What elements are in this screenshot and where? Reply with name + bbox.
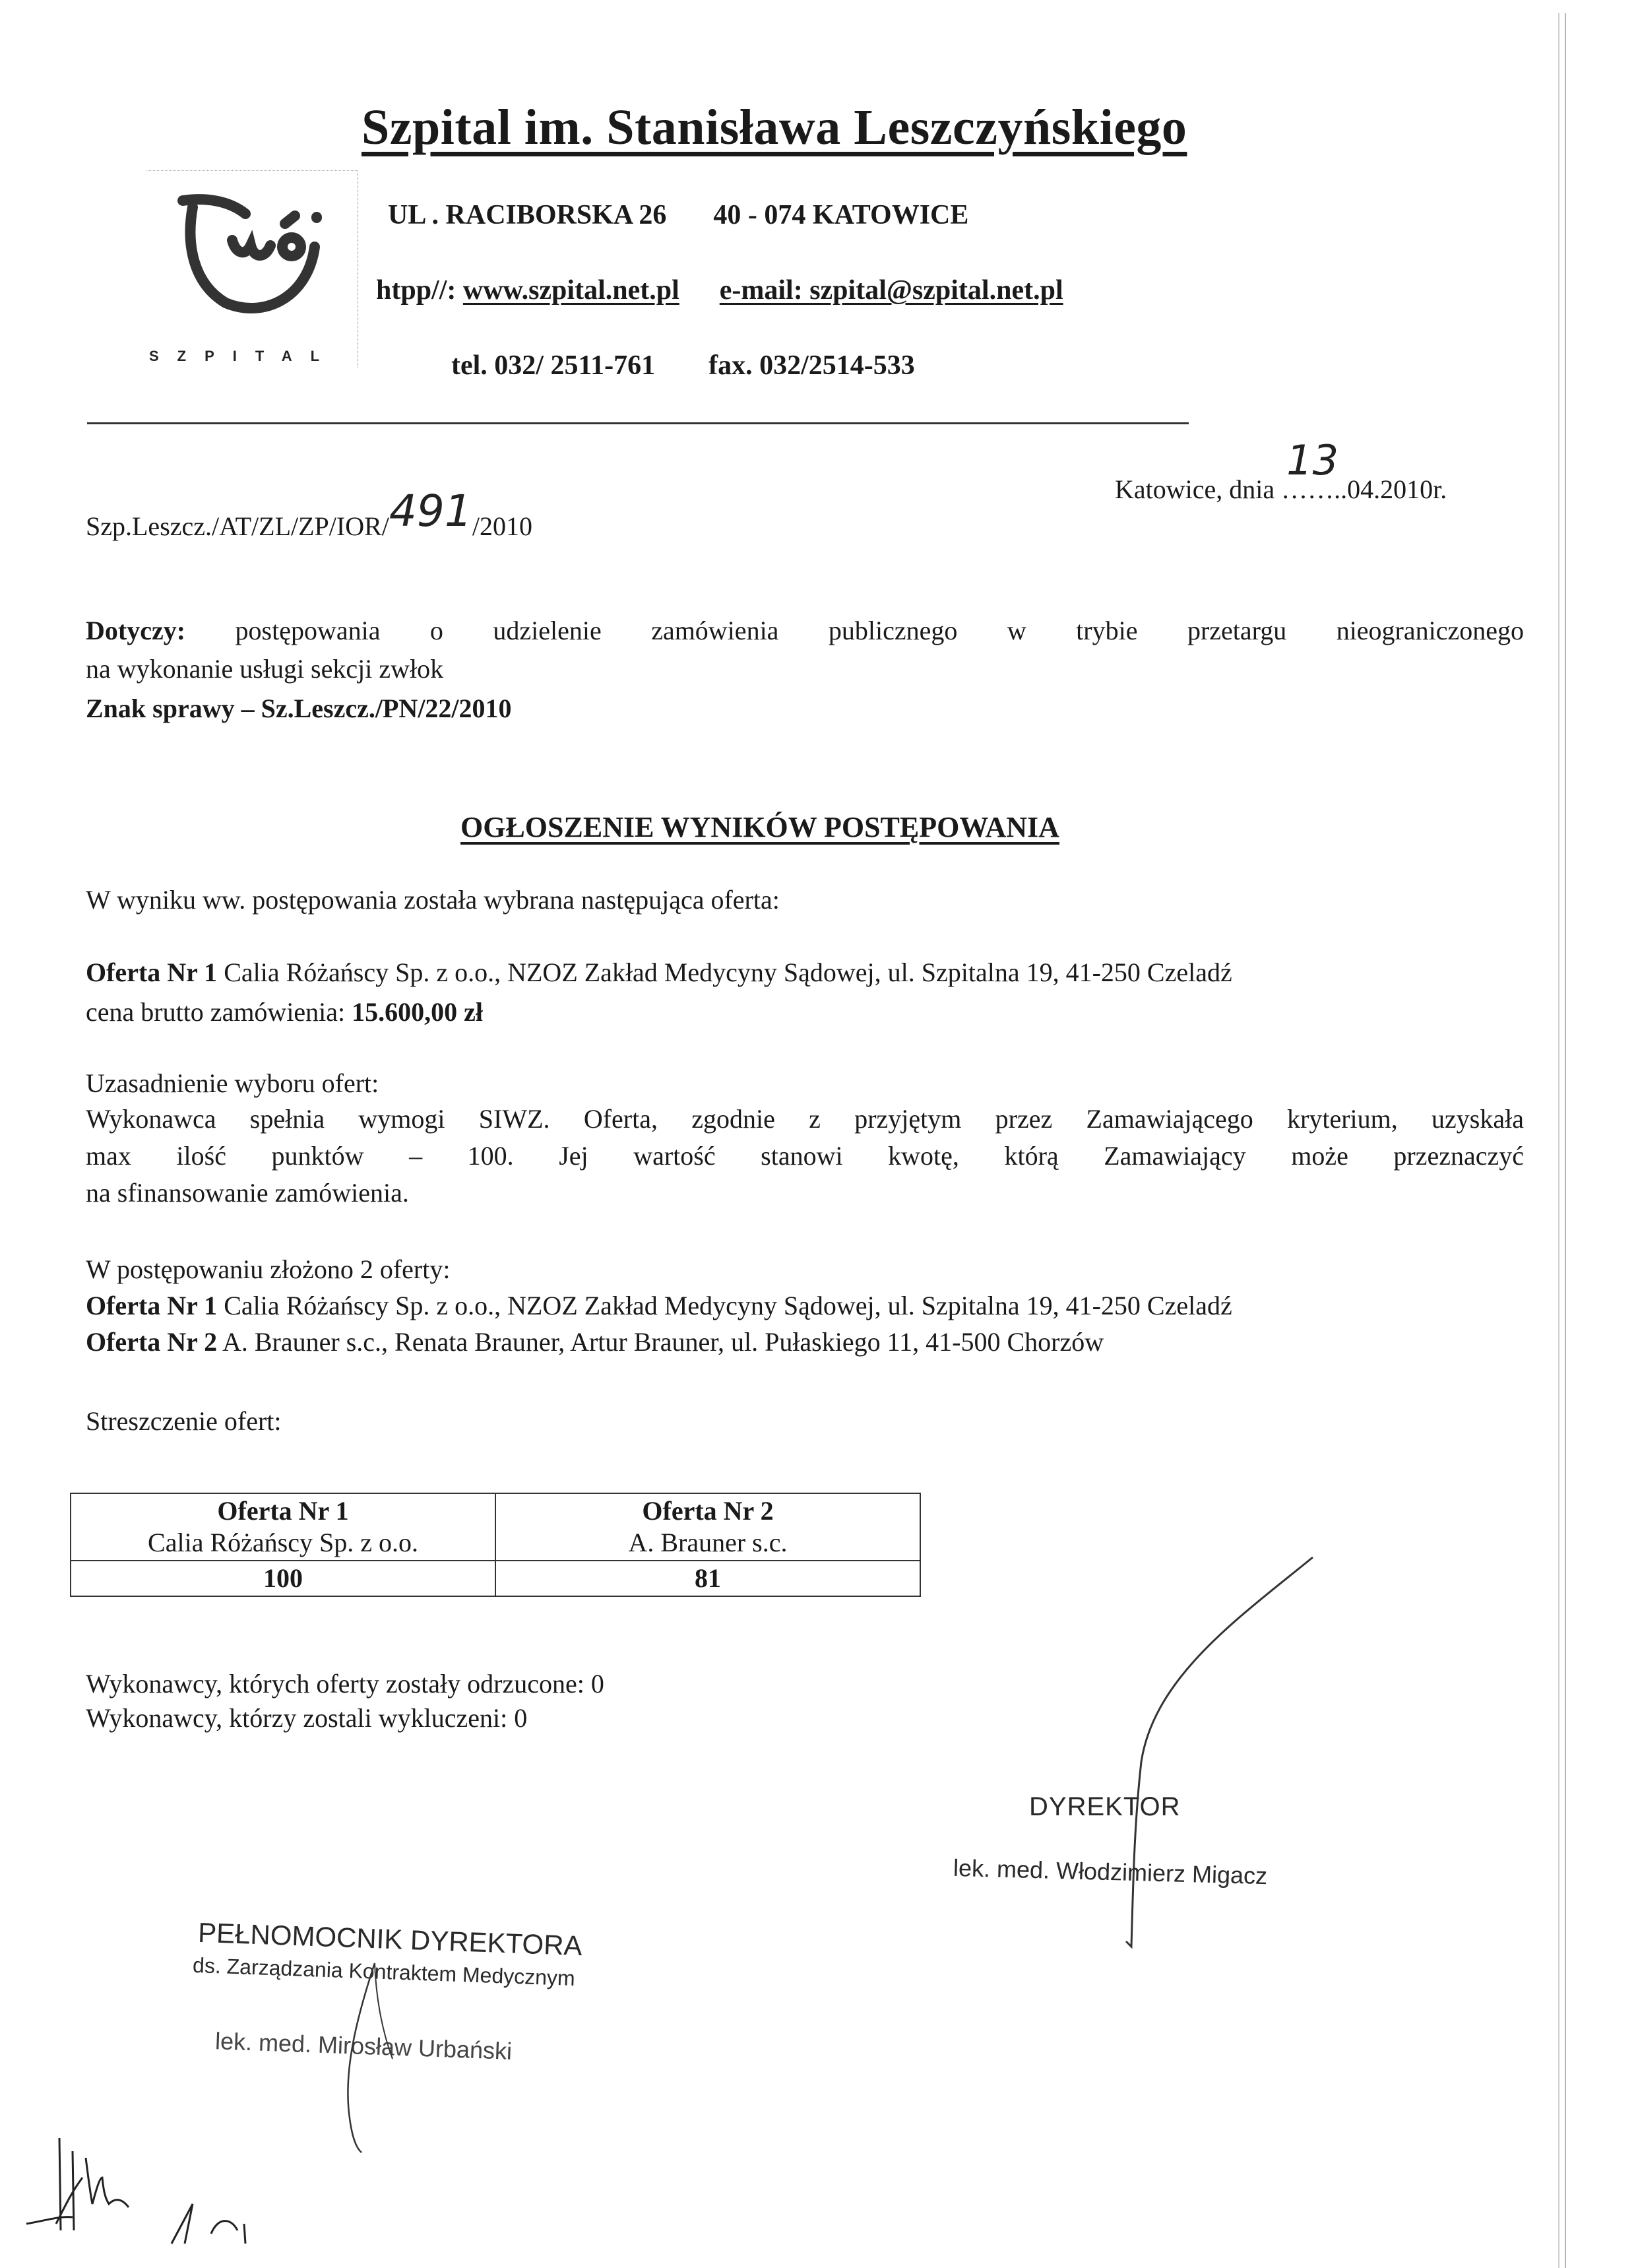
summary-label: Streszczenie ofert: <box>86 1406 282 1437</box>
postcode-city: 40 - 074 KATOWICE <box>713 200 968 230</box>
initials-signature-icon <box>20 2138 284 2268</box>
smile-logo-icon <box>166 184 338 323</box>
phone: tel. 032/ 2511-761 <box>451 350 655 381</box>
offer-2-label: Oferta Nr 2 <box>86 1327 217 1357</box>
score-cell: 81 <box>495 1561 920 1596</box>
selected-offer: Oferta Nr 1 Calia Różańscy Sp. z o.o., N… <box>86 957 1232 988</box>
selected-offer-text: Calia Różańscy Sp. z o.o., NZOZ Zakład M… <box>217 957 1232 987</box>
scan-edge-line <box>1558 13 1559 2268</box>
table-row: 100 81 <box>71 1561 920 1596</box>
date-day-field: …….13 <box>1281 474 1340 504</box>
price-label: cena brutto zamówienia: <box>86 997 352 1027</box>
offer-item-2: Oferta Nr 2 A. Brauner s.c., Renata Brau… <box>86 1326 1104 1357</box>
excluded-count: Wykonawcy, którzy zostali wykluczeni: 0 <box>86 1702 527 1733</box>
web-label: htpp//: <box>376 275 456 306</box>
column-2-company: A. Brauner s.c. <box>500 1527 916 1559</box>
email-link[interactable]: e-mail: szpital@szpital.net.pl <box>720 275 1063 306</box>
hospital-title: Szpital im. Stanisława Leszczyńskiego <box>362 99 1187 156</box>
column-2-header: Oferta Nr 2 <box>500 1495 916 1527</box>
deputy-signature-icon <box>330 1960 409 2158</box>
column-1-company: Calia Różańscy Sp. z o.o. <box>75 1527 491 1559</box>
director-signature-icon <box>1055 1544 1333 1953</box>
date-suffix: .04.2010r. <box>1340 474 1447 504</box>
rejected-count: Wykonawcy, których oferty zostały odrzuc… <box>86 1668 604 1699</box>
date-line: Katowice, dnia …….13.04.2010r. <box>1115 474 1447 505</box>
phone-line: tel. 032/ 2511-761 fax. 032/2514-533 <box>451 350 915 381</box>
reference-prefix: Szp.Leszcz./AT/ZL/ZP/IOR/ <box>86 511 389 541</box>
price-value: 15.600,00 zł <box>352 997 483 1027</box>
justification-line-2: max ilość punktów – 100. Jej wartość sta… <box>86 1140 1524 1171</box>
street: UL . RACIBORSKA 26 <box>388 200 666 230</box>
justification-line-1: Wykonawca spełnia wymogi SIWZ. Oferta, z… <box>86 1103 1524 1134</box>
subject-line-2: na wykonanie usługi sekcji zwłok <box>86 653 443 684</box>
logo-wordmark: SZPITAL <box>149 348 338 365</box>
subject-label: Dotyczy: <box>86 616 185 645</box>
announcement-heading: OGŁOSZENIE WYNIKÓW POSTĘPOWANIA <box>460 810 1059 844</box>
case-number: Znak sprawy – Sz.Leszcz./PN/22/2010 <box>86 693 512 724</box>
contact-web-line: htpp//: www.szpital.net.pl e-mail: szpit… <box>376 275 1063 306</box>
scan-edge-line <box>1565 13 1566 2268</box>
table-header-cell: Oferta Nr 1 Calia Różańscy Sp. z o.o. <box>71 1493 495 1561</box>
reference-number: Szp.Leszcz./AT/ZL/ZP/IOR/491/2010 <box>86 495 532 546</box>
selected-price-line: cena brutto zamówienia: 15.600,00 zł <box>86 996 483 1027</box>
intro-text: W wyniku ww. postępowania została wybran… <box>86 884 780 915</box>
column-1-header: Oferta Nr 1 <box>75 1495 491 1527</box>
offers-count-label: W postępowaniu złożono 2 oferty: <box>86 1254 450 1285</box>
handwritten-day: 13 <box>1286 436 1338 484</box>
subject-line-1: Dotyczy: postępowania o udzielenie zamów… <box>86 615 1524 646</box>
offer-item-1: Oferta Nr 1 Calia Różańscy Sp. z o.o., N… <box>86 1290 1232 1321</box>
justification-line-3: na sfinansowanie zamówienia. <box>86 1177 409 1208</box>
score-cell: 100 <box>71 1561 495 1596</box>
fax: fax. 032/2514-533 <box>708 350 915 381</box>
header-divider <box>87 422 1189 424</box>
offer-1-label: Oferta Nr 1 <box>86 1291 217 1320</box>
hospital-logo: SZPITAL <box>146 170 358 368</box>
table-header-cell: Oferta Nr 2 A. Brauner s.c. <box>495 1493 920 1561</box>
subject-text: postępowania o udzielenie zamówienia pub… <box>236 616 1525 645</box>
director-title: DYREKTOR <box>1029 1792 1181 1822</box>
offer-1-text: Calia Różańscy Sp. z o.o., NZOZ Zakład M… <box>217 1291 1232 1320</box>
offer-2-text: A. Brauner s.c., Renata Brauner, Artur B… <box>217 1327 1104 1357</box>
handwritten-reference: 491 <box>389 486 472 536</box>
website-link[interactable]: www.szpital.net.pl <box>463 275 679 306</box>
justification-label: Uzasadnienie wyboru ofert: <box>86 1068 379 1099</box>
selected-offer-label: Oferta Nr 1 <box>86 957 217 987</box>
reference-suffix: /2010 <box>472 511 532 541</box>
date-prefix: Katowice, dnia <box>1115 474 1281 504</box>
address-line: UL . RACIBORSKA 26 40 - 074 KATOWICE <box>388 199 968 231</box>
table-header-row: Oferta Nr 1 Calia Różańscy Sp. z o.o. Of… <box>71 1493 920 1561</box>
offers-summary-table: Oferta Nr 1 Calia Różańscy Sp. z o.o. Of… <box>70 1493 921 1597</box>
